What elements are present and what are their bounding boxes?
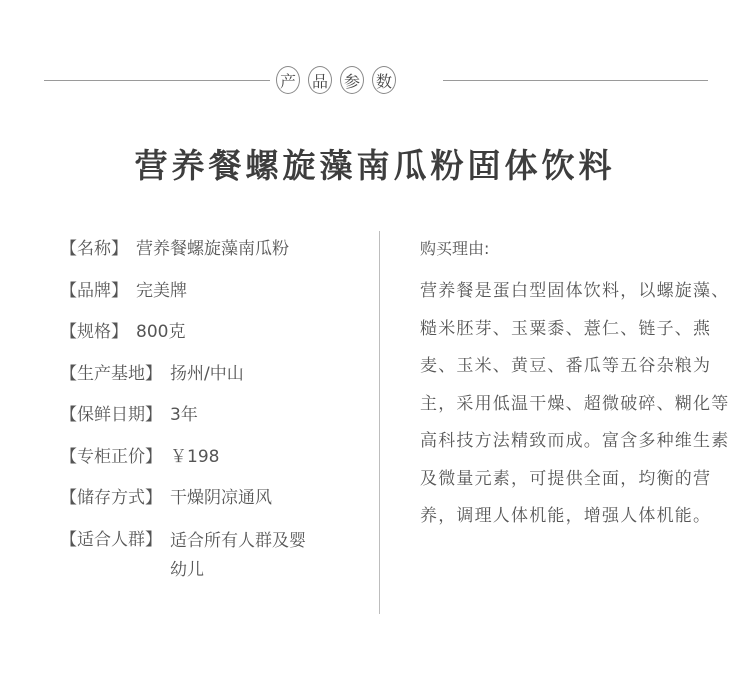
- spec-label: 【生产基地】: [60, 361, 162, 387]
- spec-row-brand: 【品牌】 完美牌: [60, 278, 370, 304]
- spec-value: 完美牌: [136, 278, 187, 304]
- spec-value: 营养餐螺旋藻南瓜粉: [136, 236, 289, 262]
- spec-label: 【保鲜日期】: [60, 402, 162, 428]
- badge-char: 品: [308, 66, 332, 94]
- spec-row-price: 【专柜正价】 ￥198: [60, 444, 370, 470]
- header-rule-left: [44, 80, 270, 81]
- badge-char: 参: [340, 66, 364, 94]
- spec-row-storage: 【储存方式】 干燥阴凉通风: [60, 485, 370, 511]
- reason-body: 营养餐是蛋白型固体饮料，以螺旋藻、糙米胚芽、玉粟黍、薏仁、链子、燕麦、玉米、黄豆…: [420, 273, 745, 536]
- header-rule-right: [443, 80, 708, 81]
- spec-value: 干燥阴凉通风: [170, 485, 272, 511]
- spec-label: 【适合人群】: [60, 527, 162, 585]
- spec-label: 【专柜正价】: [60, 444, 162, 470]
- spec-list: 【名称】 营养餐螺旋藻南瓜粉 【品牌】 完美牌 【规格】 800克 【生产基地】…: [60, 236, 370, 600]
- spec-label: 【储存方式】: [60, 485, 162, 511]
- spec-row-origin: 【生产基地】 扬州/中山: [60, 361, 370, 387]
- spec-label: 【品牌】: [60, 278, 128, 304]
- spec-row-shelf-life: 【保鲜日期】 3年: [60, 402, 370, 428]
- spec-value: 800克: [136, 319, 185, 345]
- product-title: 营养餐螺旋藻南瓜粉固体饮料: [0, 140, 750, 187]
- column-divider: [379, 231, 380, 614]
- spec-value: 3年: [170, 402, 198, 428]
- spec-row-name: 【名称】 营养餐螺旋藻南瓜粉: [60, 236, 370, 262]
- spec-row-size: 【规格】 800克: [60, 319, 370, 345]
- spec-value: 扬州/中山: [170, 361, 244, 387]
- spec-value: ￥198: [170, 444, 219, 470]
- spec-label: 【规格】: [60, 319, 128, 345]
- spec-value: 适合所有人群及婴幼儿: [170, 527, 310, 585]
- purchase-reason: 购买理由: 营养餐是蛋白型固体饮料，以螺旋藻、糙米胚芽、玉粟黍、薏仁、链子、燕麦…: [420, 236, 745, 536]
- badge-char: 数: [372, 66, 396, 94]
- reason-heading: 购买理由:: [420, 236, 745, 262]
- spec-row-audience: 【适合人群】 适合所有人群及婴幼儿: [60, 527, 370, 585]
- spec-label: 【名称】: [60, 236, 128, 262]
- badge-char: 产: [276, 66, 300, 94]
- section-badges: 产 品 参 数: [276, 66, 396, 94]
